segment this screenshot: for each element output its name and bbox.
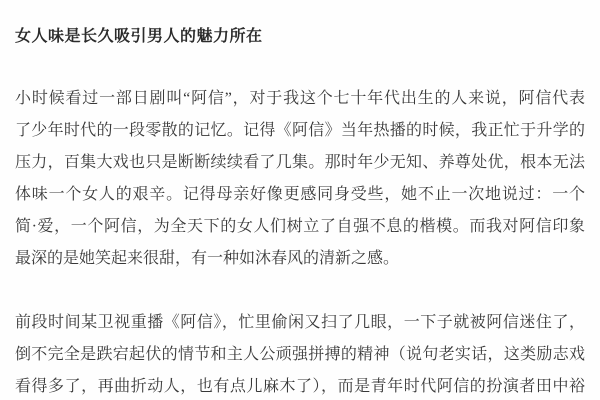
paragraph-1: 小时候看过一部日剧叫“阿信”，对于我这个七十年代出生的人来说，阿信代表 了少年时… xyxy=(15,83,585,275)
paragraph-line: 了少年时代的一段零散的记忆。记得《阿信》当年热播的时候，我正忙于升学的 xyxy=(15,115,585,147)
paragraph-line: 压力，百集大戏也只是断断续续看了几集。那时年少无知、养尊处优，根本无法 xyxy=(15,147,585,179)
paragraph-line: 看得多了，再曲折动人，也有点儿麻木了），而是青年时代阿信的扮演者田中裕 xyxy=(15,371,585,400)
article-title: 女人味是长久吸引男人的魅力所在 xyxy=(15,27,585,47)
paragraph-line: 体味一个女人的艰辛。记得母亲好像更感同身受些，她不止一次地说过：一个 xyxy=(15,179,585,211)
paragraph-line: 最深的是她笑起来很甜，有一种如沐春风的清新之感。 xyxy=(15,243,585,275)
paragraph-line: 简·爱，一个阿信，为全天下的女人们树立了自强不息的楷模。而我对阿信印象 xyxy=(15,211,585,243)
paragraph-line: 倒不完全是跌宕起伏的情节和主人公顽强拼搏的精神（说句老实话，这类励志戏 xyxy=(15,339,585,371)
article-page: 女人味是长久吸引男人的魅力所在 小时候看过一部日剧叫“阿信”，对于我这个七十年代… xyxy=(0,0,600,400)
paragraph-2: 前段时间某卫视重播《阿信》，忙里偷闲又扫了几眼，一下子就被阿信迷住了， 倒不完全… xyxy=(15,307,585,400)
paragraph-line: 小时候看过一部日剧叫“阿信”，对于我这个七十年代出生的人来说，阿信代表 xyxy=(15,83,585,115)
paragraph-line: 前段时间某卫视重播《阿信》，忙里偷闲又扫了几眼，一下子就被阿信迷住了， xyxy=(15,307,585,339)
